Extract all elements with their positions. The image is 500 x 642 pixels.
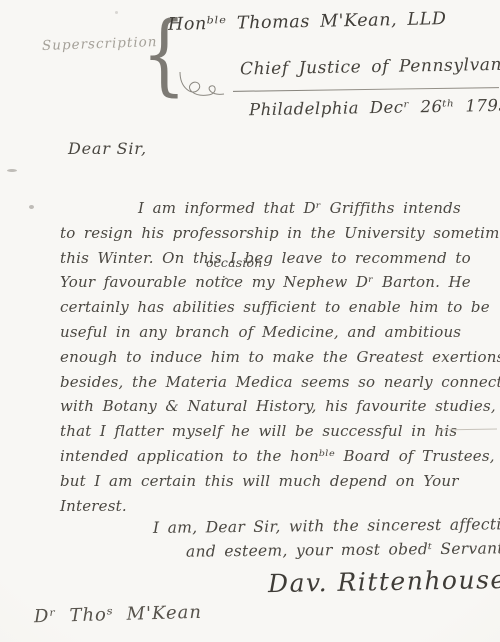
insertion-after-text: I beg leave to recommend to: [230, 249, 471, 267]
letter-line: to resign his professorship in the Unive…: [60, 221, 500, 246]
paper-speck: [115, 11, 118, 14]
letter-body: I am informed that Dʳ Griffiths intends …: [60, 196, 500, 518]
salutation: Dear Sir,: [68, 139, 147, 158]
addressee-name: Honᵇˡᵉ Thomas M'Kean, LLD: [168, 9, 447, 35]
letter-line-with-insertion: this Winter. On this^occasionI beg leave…: [60, 246, 500, 271]
inserted-word: occasion: [206, 251, 263, 276]
letter-line: that I flatter myself he will be success…: [60, 419, 500, 444]
closing-line-2: and esteem, your most obedᵗ Servant: [186, 539, 500, 560]
title-underline: [233, 87, 499, 92]
closing-line-1: I am, Dear Sir, with the sincerest affec…: [153, 515, 500, 537]
signature: Dav. Rittenhouse: [268, 565, 500, 598]
insertion-before-text: this Winter. On this: [60, 249, 222, 267]
paper-speck: [7, 169, 17, 172]
addressee-title: Chief Justice of Pennsylvania: [240, 55, 500, 80]
letter-line: with Botany & Natural History, his favou…: [60, 394, 500, 419]
letter-line: but I am certain this will much depend o…: [60, 469, 500, 494]
letter-line: enough to induce him to make the Greates…: [60, 345, 500, 370]
letter-line: Your favourable notice my Nephew Dʳ Bart…: [60, 270, 500, 295]
dateline: Philadelphia Decʳ 26ᵗʰ 1795: [249, 96, 500, 120]
letter-line: useful in any branch of Medicine, and am…: [60, 320, 500, 345]
superscription-label: Superscription: [42, 34, 158, 54]
paper-speck: [29, 205, 34, 209]
letter-page: Superscription { Honᵇˡᵉ Thomas M'Kean, L…: [0, 0, 500, 642]
letter-line: intended application to the honᵇˡᵉ Board…: [60, 444, 500, 469]
letter-line: besides, the Materia Medica seems so nea…: [60, 370, 500, 395]
addressee-docket: Dʳ Thoˢ M'Kean: [34, 602, 202, 627]
letter-line: Interest.: [60, 494, 500, 519]
letter-line: I am informed that Dʳ Griffiths intends: [60, 196, 500, 221]
letter-line: certainly has abilities sufficient to en…: [60, 295, 500, 320]
pen-flourish-icon: [178, 66, 248, 100]
